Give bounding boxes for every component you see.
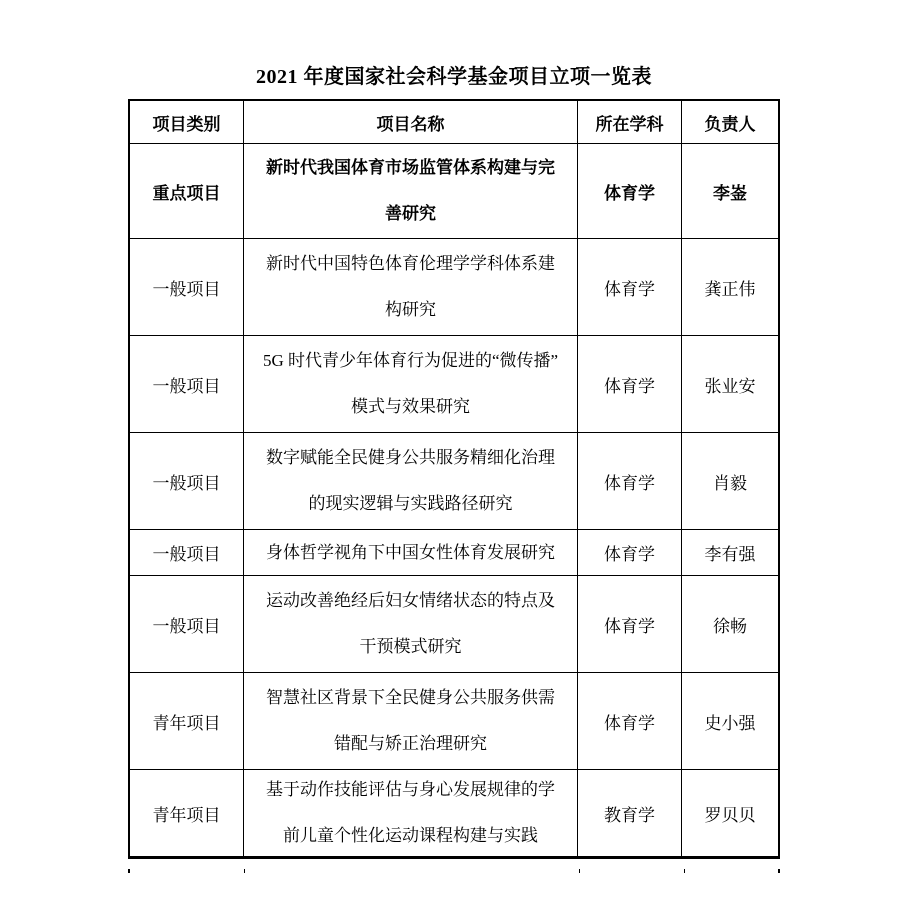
cell-category: 一般项目 [130,530,244,575]
cell-leader: 史小强 [682,673,778,769]
cell-leader: 徐畅 [682,576,778,672]
cell-discipline: 体育学 [578,336,682,432]
cell-category: 一般项目 [130,239,244,335]
projects-table: 项目类别 项目名称 所在学科 负责人 重点项目 新时代我国体育市场监管体系构建与… [128,99,780,859]
cell-leader: 肖毅 [682,433,778,529]
cell-project-name: 基于动作技能评估与身心发展规律的学 前儿童个性化运动课程构建与实践 [244,770,578,856]
cell-category: 一般项目 [130,433,244,529]
cell-leader: 龚正伟 [682,239,778,335]
table-row: 一般项目 运动改善绝经后妇女情绪状态的特点及 干预模式研究 体育学 徐畅 [130,576,778,673]
cell-category: 一般项目 [130,576,244,672]
header-project-name: 项目名称 [244,101,578,143]
table-border-stub [684,869,685,873]
cell-project-name: 运动改善绝经后妇女情绪状态的特点及 干预模式研究 [244,576,578,672]
cell-project-name: 身体哲学视角下中国女性体育发展研究 [244,530,578,575]
table-row: 一般项目 身体哲学视角下中国女性体育发展研究 体育学 李有强 [130,530,778,576]
table-border-stub [244,869,245,873]
cell-project-name: 智慧社区背景下全民健身公共服务供需 错配与矫正治理研究 [244,673,578,769]
cell-category: 重点项目 [130,144,244,238]
cell-discipline: 体育学 [578,673,682,769]
table-row: 一般项目 数字赋能全民健身公共服务精细化治理 的现实逻辑与实践路径研究 体育学 … [130,433,778,530]
header-category: 项目类别 [130,101,244,143]
cell-discipline: 体育学 [578,433,682,529]
table-row: 青年项目 基于动作技能评估与身心发展规律的学 前儿童个性化运动课程构建与实践 教… [130,770,778,857]
cell-category: 青年项目 [130,673,244,769]
cell-discipline: 教育学 [578,770,682,856]
table-border-stub [778,869,780,873]
header-leader: 负责人 [682,101,778,143]
cell-discipline: 体育学 [578,144,682,238]
cell-category: 一般项目 [130,336,244,432]
cell-category: 青年项目 [130,770,244,856]
table-row: 一般项目 新时代中国特色体育伦理学学科体系建 构研究 体育学 龚正伟 [130,239,778,336]
cell-project-name: 数字赋能全民健身公共服务精细化治理 的现实逻辑与实践路径研究 [244,433,578,529]
table-border-stub [579,869,580,873]
cell-project-name: 5G 时代青少年体育行为促进的“微传播” 模式与效果研究 [244,336,578,432]
document-page: 2021 年度国家社会科学基金项目立项一览表 项目类别 项目名称 所在学科 负责… [0,0,908,912]
cell-leader: 李崟 [682,144,778,238]
cell-project-name: 新时代中国特色体育伦理学学科体系建 构研究 [244,239,578,335]
table-border-stub [128,869,130,873]
table-row: 一般项目 5G 时代青少年体育行为促进的“微传播” 模式与效果研究 体育学 张业… [130,336,778,433]
cell-discipline: 体育学 [578,576,682,672]
header-discipline: 所在学科 [578,101,682,143]
table-row: 重点项目 新时代我国体育市场监管体系构建与完 善研究 体育学 李崟 [130,144,778,239]
cell-leader: 罗贝贝 [682,770,778,856]
document-title: 2021 年度国家社会科学基金项目立项一览表 [0,60,908,89]
header-row: 项目类别 项目名称 所在学科 负责人 [130,101,778,144]
cell-leader: 张业安 [682,336,778,432]
cell-discipline: 体育学 [578,239,682,335]
cell-leader: 李有强 [682,530,778,575]
cell-discipline: 体育学 [578,530,682,575]
table-row: 青年项目 智慧社区背景下全民健身公共服务供需 错配与矫正治理研究 体育学 史小强 [130,673,778,770]
cell-project-name: 新时代我国体育市场监管体系构建与完 善研究 [244,144,578,238]
